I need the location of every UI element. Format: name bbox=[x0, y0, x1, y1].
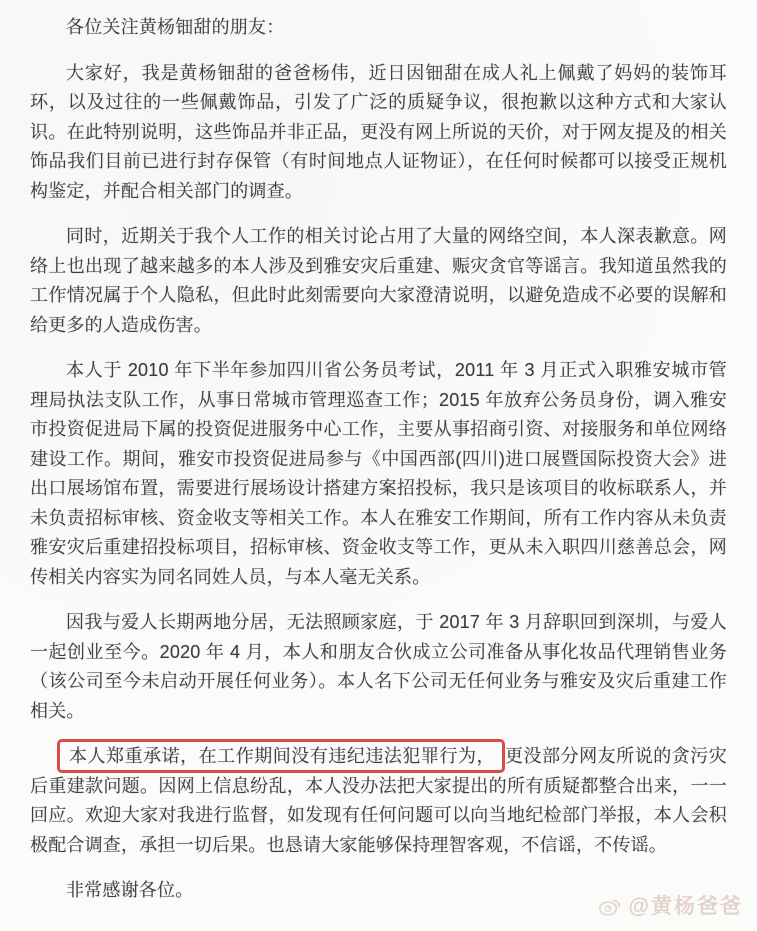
watermark-handle: @黄杨爸爸 bbox=[629, 890, 743, 920]
weibo-logo-icon bbox=[597, 891, 625, 919]
greeting-line: 各位关注黄杨钿甜的朋友： bbox=[30, 13, 727, 43]
red-highlight-box: 本人郑重承诺，在工作期间没有违纪违法犯罪行为， bbox=[57, 739, 505, 773]
statement-document: 各位关注黄杨钿甜的朋友： 大家好，我是黄杨钿甜的爸爸杨伟，近日因钿甜在成人礼上佩… bbox=[0, 0, 757, 931]
paragraph-apology-earrings: 大家好，我是黄杨钿甜的爸爸杨伟，近日因钿甜在成人礼上佩戴了妈妈的装饰耳环，以及过… bbox=[30, 59, 727, 207]
weibo-watermark: @黄杨爸爸 bbox=[597, 890, 743, 920]
statement-body: 各位关注黄杨钿甜的朋友： 大家好，我是黄杨钿甜的爸爸杨伟，近日因钿甜在成人礼上佩… bbox=[30, 13, 727, 906]
paragraph-resign-shenzhen: 因我与爱人长期两地分居，无法照顾家庭，于 2017 年 3 月辞职回到深圳，与爱… bbox=[30, 608, 727, 726]
paragraph-promise: 本人郑重承诺，在工作期间没有违纪违法犯罪行为，更没部分网友所说的贪污灾后重建款问… bbox=[30, 742, 727, 860]
paragraph-rumors-clarification: 同时，近期关于我个人工作的相关讨论占用了大量的网络空间，本人深表歉意。网络上也出… bbox=[30, 222, 727, 340]
paragraph-work-history: 本人于 2010 年下半年参加四川省公务员考试，2011 年 3 月正式入职雅安… bbox=[30, 356, 727, 592]
